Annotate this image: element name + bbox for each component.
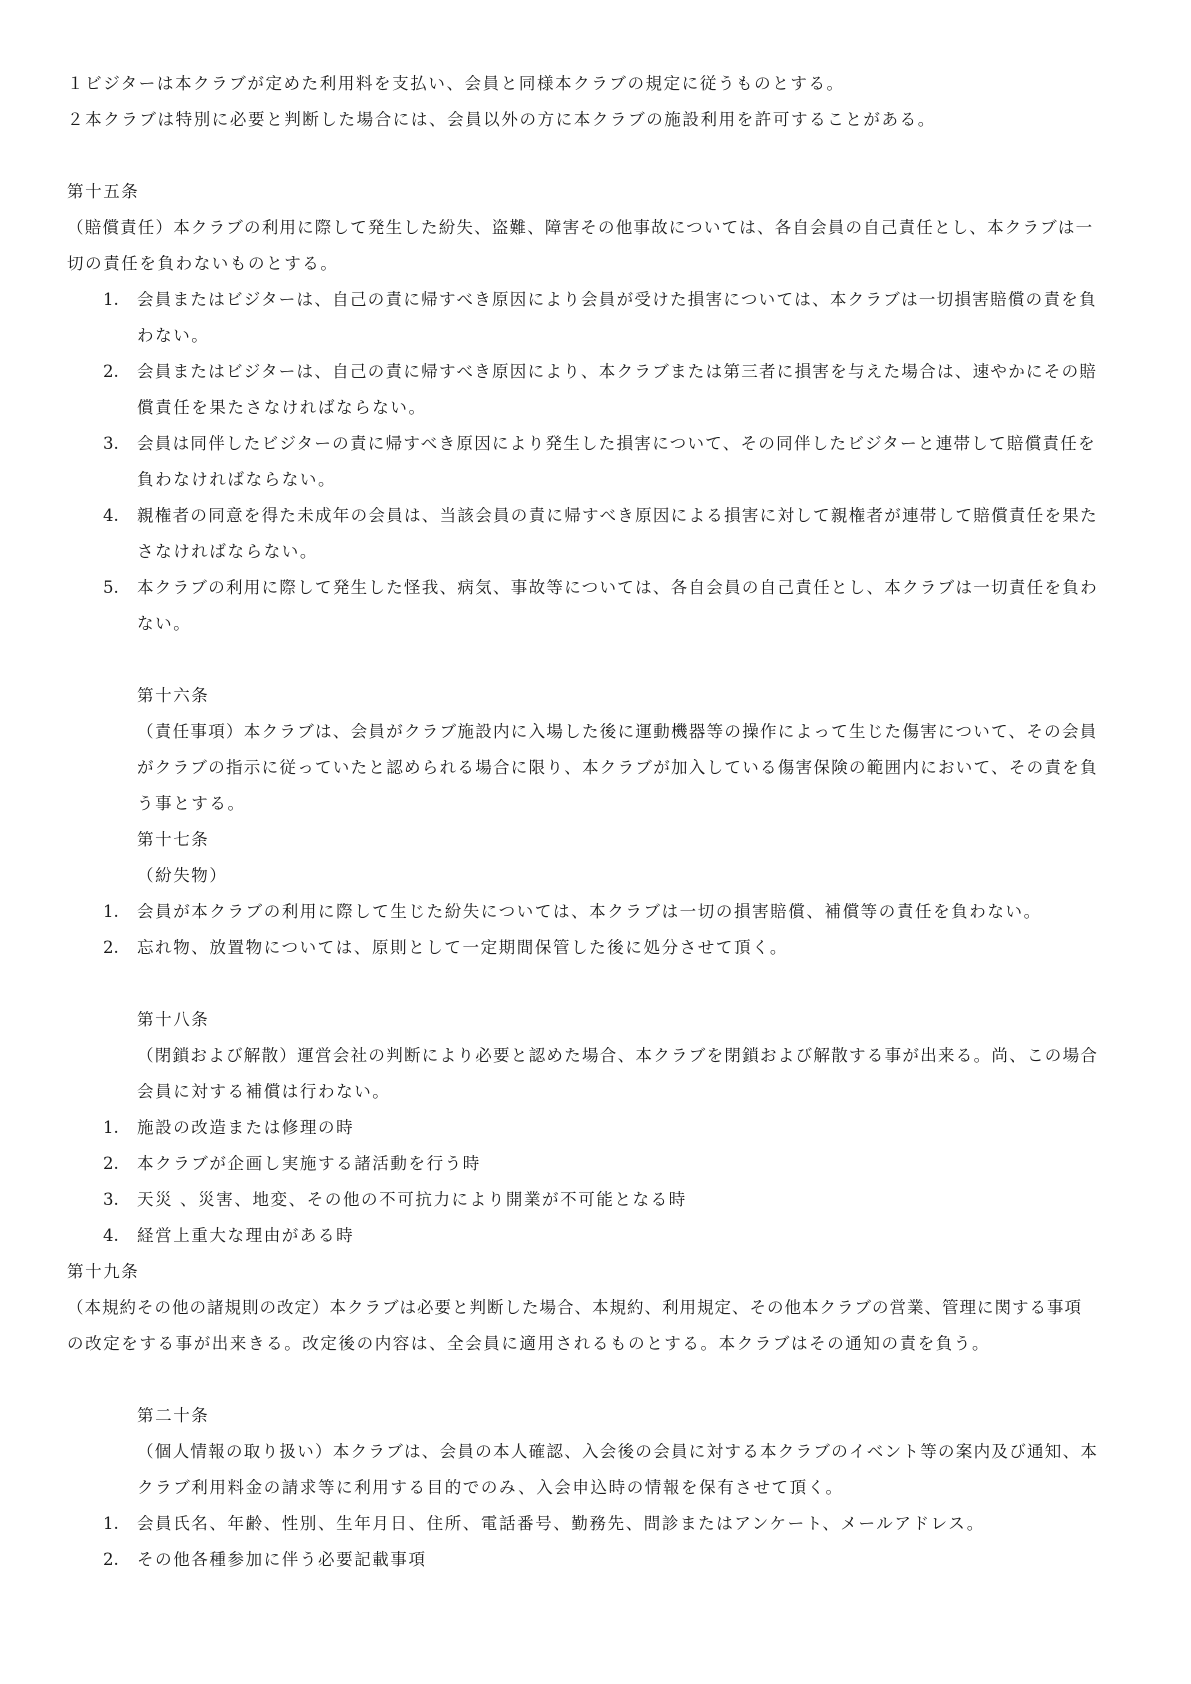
article-17-subtitle: （紛失物） — [137, 866, 228, 886]
article-20-body-line-2: クラブ利用料金の請求等に利用する目的でのみ、入会申込時の情報を保有させて頂く。 — [137, 1478, 844, 1498]
article-19-body-line-1: （本規約その他の諸規則の改定）本クラブは必要と判断した場合、本規約、利用規定、そ… — [67, 1298, 1082, 1318]
list-item-number: 2. — [103, 1550, 119, 1570]
list-item-text: 天災 、災害、地変、その他の不可抗力により開業が不可能となる時 — [137, 1190, 687, 1210]
list-item-text: 会員またはビジターは、自己の責に帰すべき原因により、本クラブまたは第三者に損害を… — [137, 362, 1097, 382]
list-item-text: 施設の改造または修理の時 — [137, 1118, 354, 1138]
list-item-number: 1. — [103, 1514, 119, 1534]
article-16-body-line-2: がクラブの指示に従っていたと認められる場合に限り、本クラブが加入している傷害保険… — [137, 758, 1098, 778]
article-15-body-line-1: （賠償責任）本クラブの利用に際して発生した紛失、盗難、障害その他事故については、… — [67, 218, 1093, 238]
article-16-body-line-3: う事とする。 — [137, 794, 246, 814]
list-item-text-cont: ない。 — [137, 614, 191, 634]
list-item-text: 本クラブの利用に際して発生した怪我、病気、事故等については、各自会員の自己責任と… — [137, 578, 1098, 598]
list-item-number: 2. — [103, 938, 119, 958]
list-item-text-cont: 償責任を果たさなければならない。 — [137, 398, 427, 418]
list-item-number: 2. — [103, 362, 119, 382]
list-item-number: 2. — [103, 1154, 119, 1174]
article-19-body-line-2: の改定をする事が出来きる。改定後の内容は、全会員に適用されるものとする。本クラブ… — [67, 1334, 990, 1354]
intro-line-1: １ビジターは本クラブが定めた利用料を支払い、会員と同様本クラブの規定に従うものと… — [67, 74, 845, 94]
article-17-heading: 第十七条 — [137, 830, 209, 850]
list-item-text: 親権者の同意を得た未成年の会員は、当該会員の責に帰すべき原因による損害に対して親… — [137, 506, 1098, 526]
article-18-heading: 第十八条 — [137, 1010, 209, 1030]
list-item-text: 本クラブが企画し実施する諸活動を行う時 — [137, 1154, 481, 1174]
list-item-number: 4. — [103, 1226, 119, 1246]
list-item-text-cont: わない。 — [137, 326, 209, 346]
intro-line-2: ２本クラブは特別に必要と判断した場合には、会員以外の方に本クラブの施設利用を許可… — [67, 110, 936, 130]
list-item-text-cont: 負わなければならない。 — [137, 470, 336, 490]
list-item-number: 4. — [103, 506, 119, 526]
article-15-heading: 第十五条 — [67, 182, 139, 202]
list-item-text-cont: さなければならない。 — [137, 542, 318, 562]
list-item-text: 経営上重大な理由がある時 — [137, 1226, 354, 1246]
article-19-heading: 第十九条 — [67, 1262, 139, 1282]
list-item-text: 会員は同伴したビジターの責に帰すべき原因により発生した損害について、その同伴した… — [137, 434, 1096, 454]
article-20-body-line-1: （個人情報の取り扱い）本クラブは、会員の本人確認、入会後の会員に対する本クラブの… — [137, 1442, 1098, 1462]
list-item-number: 1. — [103, 1118, 119, 1138]
list-item-number: 3. — [103, 1190, 119, 1210]
list-item-text: その他各種参加に伴う必要記載事項 — [137, 1550, 427, 1570]
list-item-number: 3. — [103, 434, 119, 454]
article-20-heading: 第二十条 — [137, 1406, 209, 1426]
list-item-number: 5. — [103, 578, 119, 598]
list-item-text: 会員またはビジターは、自己の責に帰すべき原因により会員が受けた損害については、本… — [137, 290, 1097, 310]
list-item-text: 忘れ物、放置物については、原則として一定期間保管した後に処分させて頂く。 — [137, 938, 788, 958]
list-item-number: 1. — [103, 290, 119, 310]
list-item-text: 会員氏名、年齢、性別、生年月日、住所、電話番号、勤務先、問診またはアンケート、メ… — [137, 1514, 985, 1534]
article-16-heading: 第十六条 — [137, 686, 209, 706]
article-18-body-line-2: 会員に対する補償は行わない。 — [137, 1082, 390, 1102]
list-item-number: 1. — [103, 902, 119, 922]
article-18-body-line-1: （閉鎖および解散）運営会社の判断により必要と認めた場合、本クラブを閉鎖および解散… — [137, 1046, 1098, 1066]
article-15-body-line-2: 切の責任を負わないものとする。 — [67, 254, 339, 274]
article-16-body-line-1: （責任事項）本クラブは、会員がクラブ施設内に入場した後に運動機器等の操作によって… — [137, 722, 1098, 742]
list-item-text: 会員が本クラブの利用に際して生じた紛失については、本クラブは一切の損害賠償、補償… — [137, 902, 1042, 922]
